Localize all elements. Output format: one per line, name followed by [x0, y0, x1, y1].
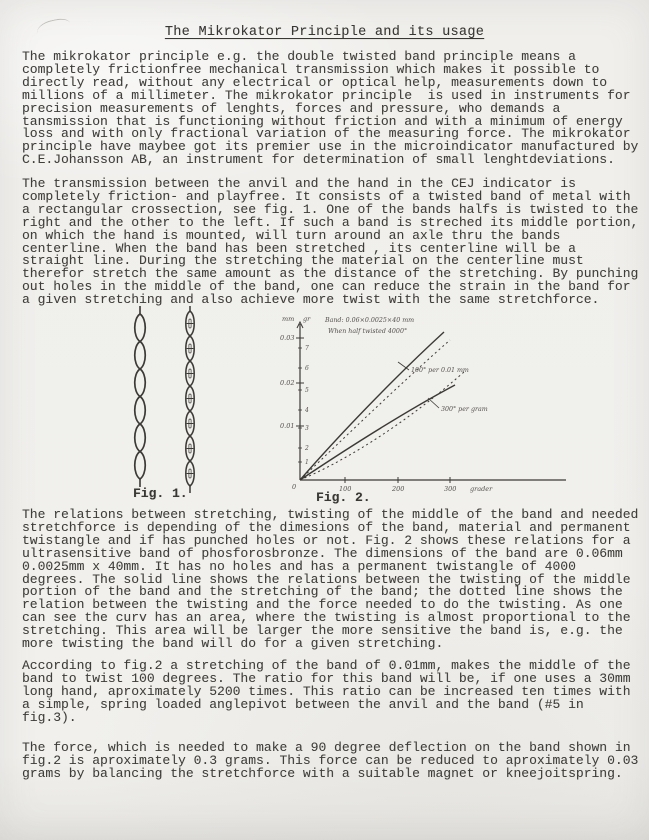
label-degrees-per-mm: 100° per 0.01 mm — [411, 367, 469, 374]
curves — [300, 332, 464, 480]
paragraph-ratio: According to fig.2 a stretching of the b… — [22, 660, 631, 725]
paragraph-force: The force, which is needed to make a 90 … — [22, 742, 638, 781]
x-tick: 300 — [444, 485, 456, 493]
punched-holes — [187, 319, 194, 478]
y-tick-mm: 0.02 — [280, 379, 294, 387]
page-title: The Mikrokator Principle and its usage — [0, 25, 649, 40]
y-axis-unit-gram: gr — [303, 315, 311, 323]
paragraph-relations: The relations between stretching, twisti… — [22, 509, 638, 651]
y-axis-unit-mm: mm — [282, 315, 294, 323]
curve-twist-vs-stretch-solid — [300, 332, 444, 480]
y-tick-gram: 3 — [305, 425, 309, 432]
y-tick-gram: 2 — [304, 445, 309, 452]
y-tick-mm: 0.01 — [280, 422, 294, 430]
scanned-document-page: The Mikrokator Principle and its usage T… — [0, 0, 649, 840]
y-tick-gram: 4 — [304, 407, 309, 414]
figure-2-graph: 0.03 0.02 0.01 7 6 5 4 3 2 1 mm gr — [278, 312, 578, 508]
origin-label: 0 — [292, 483, 296, 491]
figure-1-caption: Fig. 1. — [133, 486, 188, 501]
curve-twist-vs-stretch-dotted — [300, 340, 450, 480]
y-tick-mm: 0.03 — [280, 334, 294, 342]
paragraph-transmission: The transmission between the anvil and t… — [22, 178, 638, 307]
figure-2-caption: Fig. 2. — [316, 490, 371, 505]
curve-labels: 100° per 0.01 mm 300° per gram — [398, 362, 488, 413]
band-annotation-line2: When half twisted 4000° — [328, 328, 407, 335]
y-tick-gram: 7 — [305, 345, 309, 352]
y-tick-gram: 5 — [305, 387, 309, 394]
paragraph-intro: The mikrokator principle e.g. the double… — [22, 51, 638, 167]
label-degrees-per-gram: 300° per gram — [441, 406, 488, 413]
band-annotation-line1: Band: 0.06×0.0025×40 mm — [324, 317, 414, 324]
band-with-punched-holes — [186, 306, 194, 493]
figure-1-twisted-bands — [120, 306, 210, 494]
band-without-holes — [135, 306, 146, 487]
y-tick-gram: 1 — [305, 459, 309, 466]
y-tick-gram: 6 — [305, 365, 309, 372]
x-axis-unit: grader — [470, 485, 493, 493]
x-tick: 200 — [391, 485, 404, 493]
